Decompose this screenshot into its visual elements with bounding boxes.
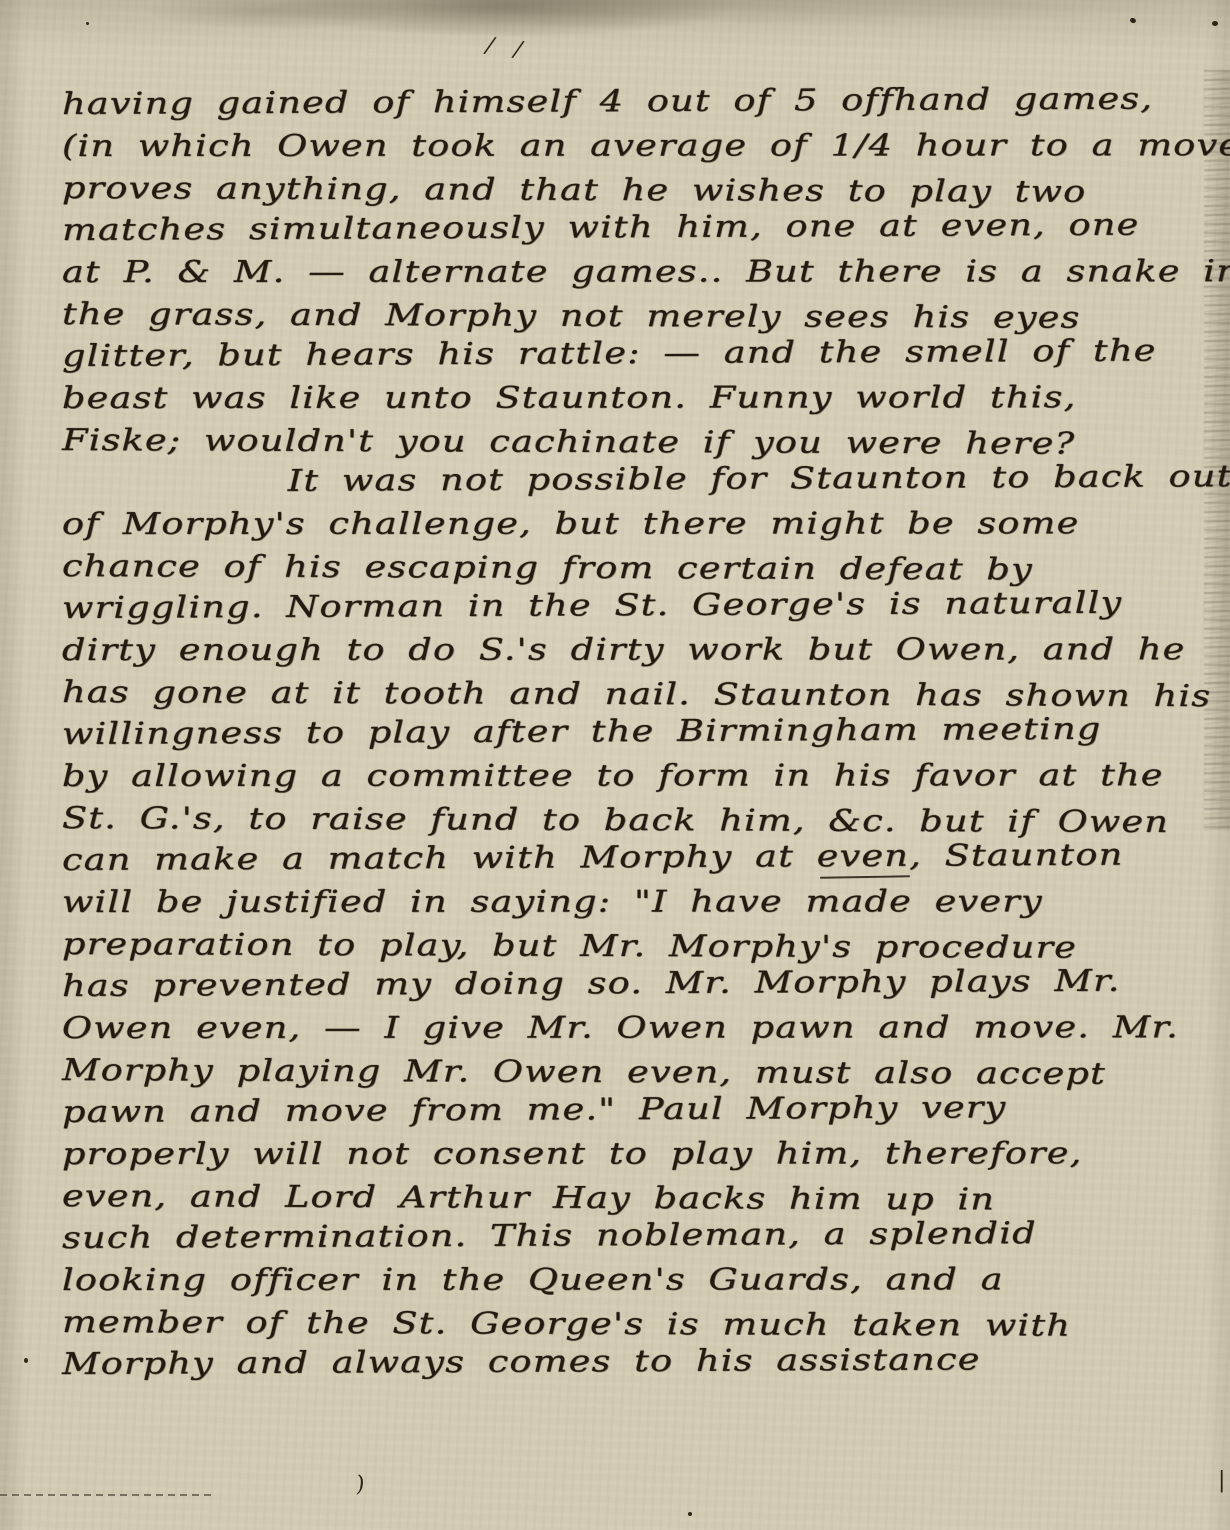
handwritten-line: at P. & M. — alternate games.. But there… bbox=[62, 251, 1230, 294]
handwritten-line: willingness to play after the Birmingham… bbox=[62, 707, 1230, 756]
stray-ink-mark: | bbox=[1218, 1468, 1225, 1493]
stray-ink-mark: ) bbox=[355, 1472, 366, 1498]
ink-speck bbox=[86, 22, 89, 25]
ink-speck bbox=[1212, 21, 1218, 26]
letter-body: having gained of himself 4 out of 5 offh… bbox=[62, 84, 1192, 1386]
ink-speck bbox=[24, 1358, 28, 1363]
handwritten-line: Morphy and always comes to his assistanc… bbox=[62, 1337, 1230, 1386]
handwritten-line: having gained of himself 4 out of 5 offh… bbox=[62, 77, 1230, 126]
handwritten-line: has prevented my doing so. Mr. Morphy pl… bbox=[62, 959, 1230, 1008]
handwritten-line: by allowing a committee to form in his f… bbox=[62, 755, 1230, 798]
handwritten-line: such determination. This nobleman, a spl… bbox=[62, 1211, 1230, 1260]
handwritten-line: (in which Owen took an average of 1/4 ho… bbox=[62, 125, 1230, 168]
handwritten-line: looking officer in the Queen's Guards, a… bbox=[62, 1259, 1230, 1302]
handwritten-line: Owen even, — I give Mr. Owen pawn and mo… bbox=[62, 1007, 1230, 1050]
page-mark: / / bbox=[484, 33, 530, 64]
handwritten-line-paragraph-start: It was not possible for Staunton to back… bbox=[62, 455, 1230, 504]
handwritten-line: of Morphy's challenge, but there might b… bbox=[62, 503, 1230, 546]
handwritten-line: glitter, but hears his rattle: — and the… bbox=[62, 329, 1230, 378]
top-edge-smudge bbox=[0, 0, 1230, 64]
handwritten-line: pawn and move from me." Paul Morphy very bbox=[62, 1085, 1230, 1134]
handwritten-line: properly will not consent to play him, t… bbox=[62, 1133, 1230, 1176]
handwritten-line: wriggling. Norman in the St. George's is… bbox=[62, 581, 1230, 630]
manuscript-page: / / having gained of himself 4 out of 5 … bbox=[0, 0, 1230, 1530]
bottom-edge-line bbox=[0, 1494, 215, 1496]
handwritten-line: dirty enough to do S.'s dirty work but O… bbox=[62, 629, 1230, 672]
handwritten-line: beast was like unto Staunton. Funny worl… bbox=[62, 377, 1230, 420]
handwritten-line: can make a match with Morphy at even, St… bbox=[62, 833, 1230, 882]
handwritten-line: matches simultaneously with him, one at … bbox=[62, 203, 1230, 252]
ink-speck bbox=[688, 1512, 692, 1516]
ink-speck bbox=[1129, 17, 1137, 24]
handwritten-line: will be justified in saying: "I have mad… bbox=[62, 881, 1230, 924]
